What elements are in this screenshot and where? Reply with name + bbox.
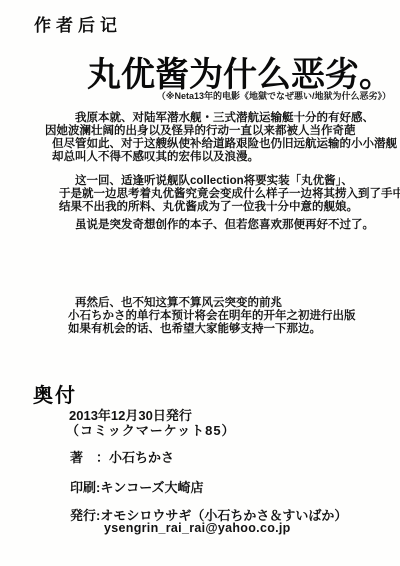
contact-email: ysengrin_rai_rai@yahoo.co.jp xyxy=(104,521,291,535)
paragraph-line: 小石ちかさ的单行本预计将会在明年的开年之初进行出版 xyxy=(68,310,356,323)
paragraph-line: 于是就一边思考着丸优酱究竟会变成什么样子一边将其捞入到了手中 xyxy=(59,188,400,201)
paragraph-line: 因她波澜壮阔的出身以及怪异的行动一直以来都被人当作奇葩 xyxy=(45,125,397,138)
paragraph-line: 这一回、适逢听说舰队collection将要实装「丸优酱」、 xyxy=(59,175,400,188)
paragraph-1: 我原本就、对陆军潜水舰・三式潜航运输艇十分的有好感、 因她波澜壮阔的出身以及怪异… xyxy=(45,112,397,164)
event-name: （コミックマーケット85） xyxy=(66,420,236,439)
author-credit: 著 ：小石ちかさ xyxy=(70,447,174,466)
afterword-heading: 作者后记 xyxy=(34,11,122,36)
title-reference-note: （※Neta13年的电影《地獄でなぜ悪い/地狱为什么恶劣》） xyxy=(157,89,391,102)
paragraph-line: 我原本就、对陆军潜水舰・三式潜航运输艇十分的有好感、 xyxy=(45,112,397,125)
printer-credit: 印刷:キンコーズ大崎店 xyxy=(70,477,204,496)
colophon-heading: 奥付 xyxy=(33,379,77,408)
paragraph-3: 虽说是突发奇想创作的本子、但若您喜欢那便再好不过了。 xyxy=(75,219,374,232)
afterword-page: 作者后记 丸优酱为什么恶劣。 （※Neta13年的电影《地獄でなぜ悪い/地狱为什… xyxy=(0,0,400,566)
paragraph-line: 但尽管如此、对于这艘纵使补给道路艰险也仍旧远航运输的小小潜舰 xyxy=(45,138,397,151)
paragraph-line: 虽说是突发奇想创作的本子、但若您喜欢那便再好不过了。 xyxy=(75,219,374,232)
paragraph-line: 再然后、也不知这算不算风云突变的前兆 xyxy=(68,297,356,310)
paragraph-line: 如果有机会的话、也希望大家能够支持一下那边。 xyxy=(68,323,356,336)
paragraph-4: 再然后、也不知这算不算风云突变的前兆 小石ちかさ的单行本预计将会在明年的开年之初… xyxy=(68,297,356,336)
paragraph-line: 结果不出我的所料、丸优酱成为了一位我十分中意的舰娘。 xyxy=(59,201,400,214)
paragraph-2: 这一回、适逢听说舰队collection将要实装「丸优酱」、 于是就一边思考着丸… xyxy=(59,175,400,214)
paragraph-line: 却总叫人不得不感叹其的宏伟以及浪漫。 xyxy=(45,151,397,164)
